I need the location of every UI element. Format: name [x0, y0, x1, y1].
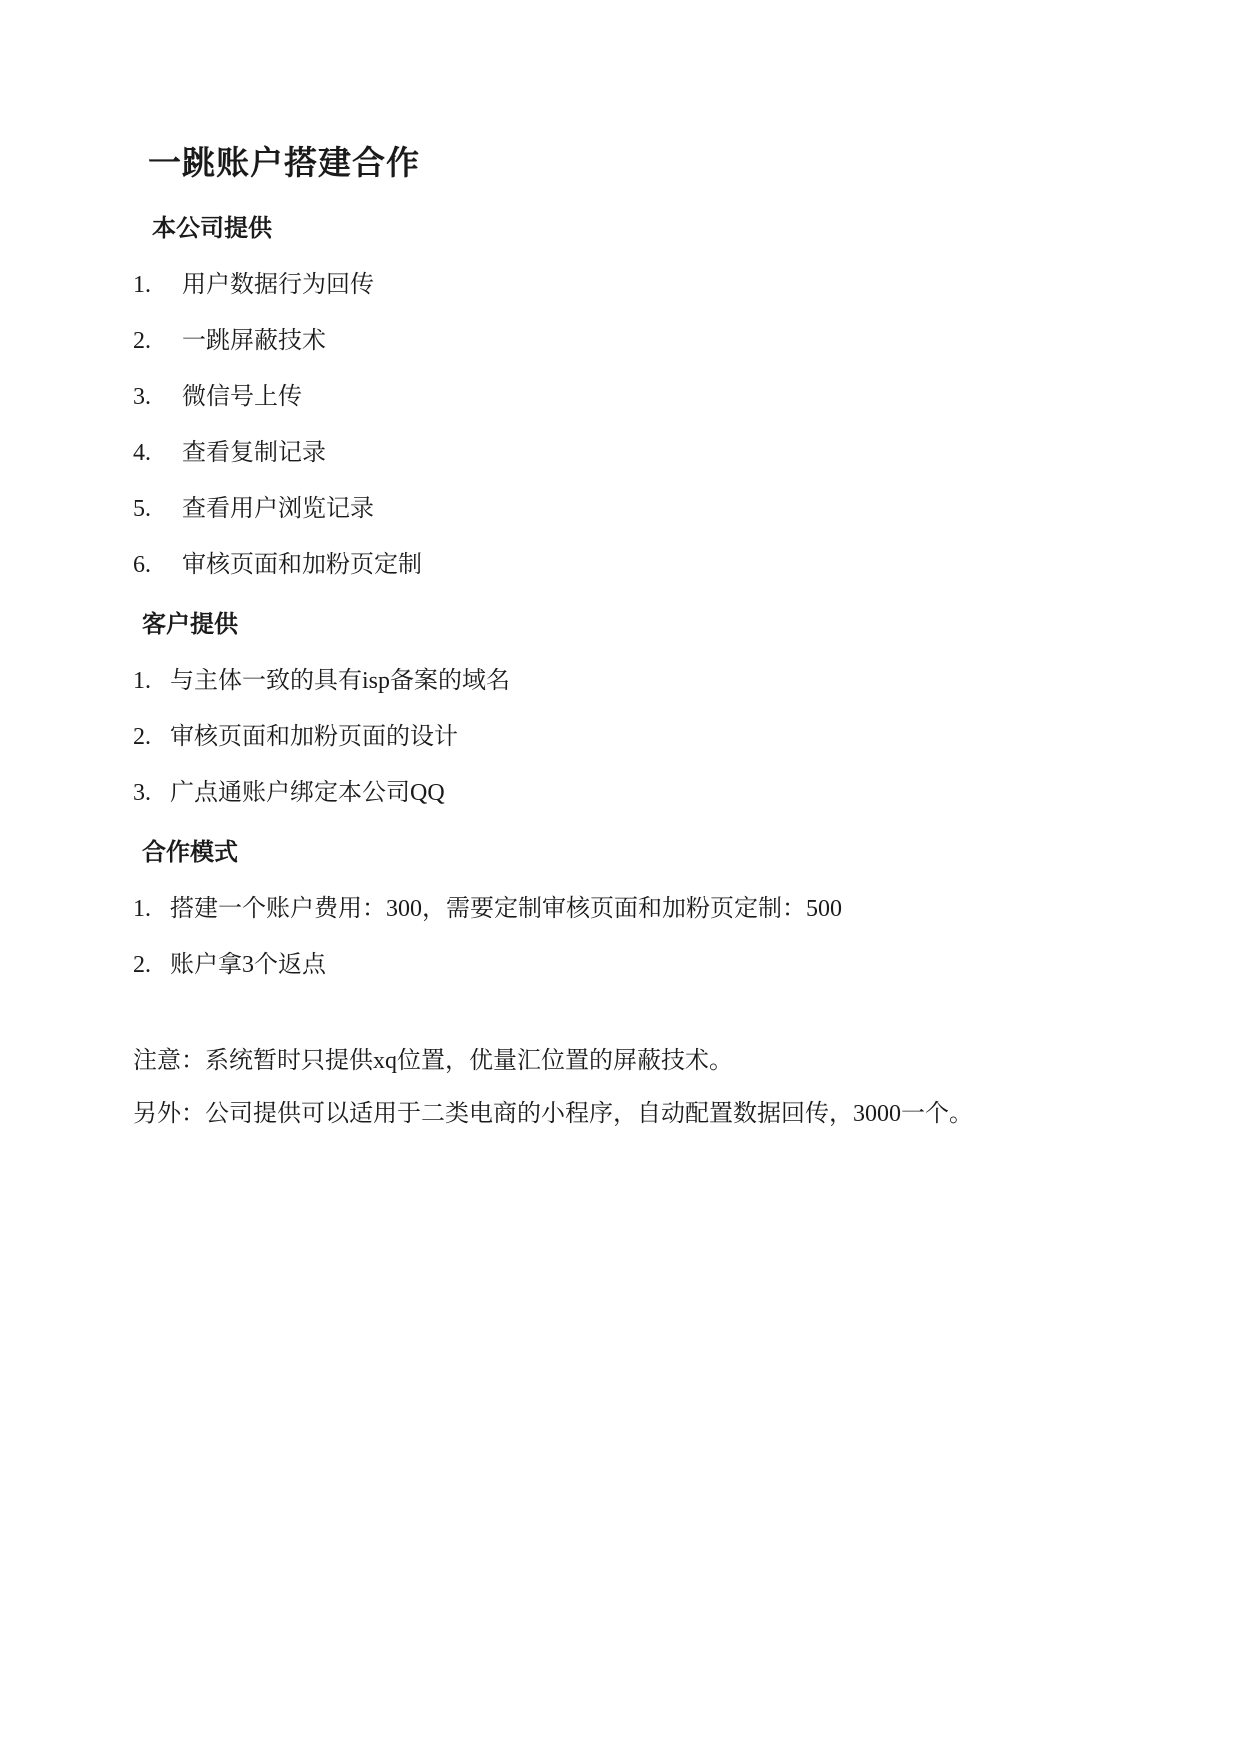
list-item-number: 2.	[133, 723, 151, 751]
list-item-number: 3.	[133, 383, 151, 411]
list-item: 4. 查看复制记录	[133, 439, 1153, 467]
list-item-text: 审核页面和加粉页面的设计	[170, 724, 458, 750]
list-item-text: 审核页面和加粉页定制	[182, 552, 422, 578]
list-item-number: 3.	[133, 779, 151, 807]
list-item: 3. 广点通账户绑定本公司QQ	[133, 779, 1153, 807]
list-item: 2. 审核页面和加粉页面的设计	[133, 723, 1153, 751]
note-additional: 另外：公司提供可以适用于二类电商的小程序，自动配置数据回传，3000一个。	[133, 1100, 1153, 1128]
section-heading-cooperation-mode: 合作模式	[142, 839, 1153, 867]
list-item-number: 1.	[133, 667, 151, 695]
list-item-text: 查看用户浏览记录	[182, 496, 374, 522]
list-item-text: 搭建一个账户费用：300，需要定制审核页面和加粉页定制：500	[170, 896, 842, 922]
list-item: 6. 审核页面和加粉页定制	[133, 551, 1153, 579]
list-item: 1. 搭建一个账户费用：300，需要定制审核页面和加粉页定制：500	[133, 895, 1153, 923]
note-attention: 注意：系统暂时只提供xq位置，优量汇位置的屏蔽技术。	[133, 1047, 1153, 1075]
section-heading-client-provides: 客户提供	[142, 611, 1153, 639]
list-item-text: 账户拿3个返点	[170, 952, 326, 978]
list-item-number: 2.	[133, 327, 151, 355]
document-title: 一跳账户搭建合作	[148, 145, 1153, 183]
list-item-text: 一跳屏蔽技术	[182, 328, 326, 354]
list-item-number: 2.	[133, 951, 151, 979]
list-item: 2. 一跳屏蔽技术	[133, 327, 1153, 355]
list-item: 3. 微信号上传	[133, 383, 1153, 411]
client-provides-list: 1. 与主体一致的具有isp备案的域名 2. 审核页面和加粉页面的设计 3. 广…	[133, 667, 1153, 807]
company-provides-list: 1. 用户数据行为回传 2. 一跳屏蔽技术 3. 微信号上传 4. 查看复制记录…	[133, 271, 1153, 579]
list-item: 2. 账户拿3个返点	[133, 951, 1153, 979]
document-body: 一跳账户搭建合作 本公司提供 1. 用户数据行为回传 2. 一跳屏蔽技术 3. …	[133, 145, 1153, 1128]
list-item: 5. 查看用户浏览记录	[133, 495, 1153, 523]
list-item-number: 6.	[133, 551, 151, 579]
list-item-number: 5.	[133, 495, 151, 523]
document-page: 一跳账户搭建合作 本公司提供 1. 用户数据行为回传 2. 一跳屏蔽技术 3. …	[0, 0, 1239, 1754]
list-item-text: 与主体一致的具有isp备案的域名	[170, 668, 510, 694]
cooperation-mode-list: 1. 搭建一个账户费用：300，需要定制审核页面和加粉页定制：500 2. 账户…	[133, 895, 1153, 979]
list-item-number: 1.	[133, 271, 151, 299]
list-item-number: 1.	[133, 895, 151, 923]
list-item-text: 微信号上传	[182, 384, 302, 410]
list-item: 1. 用户数据行为回传	[133, 271, 1153, 299]
list-item-text: 广点通账户绑定本公司QQ	[170, 780, 445, 806]
section-heading-company-provides: 本公司提供	[152, 215, 1153, 243]
list-item-text: 查看复制记录	[182, 440, 326, 466]
list-item: 1. 与主体一致的具有isp备案的域名	[133, 667, 1153, 695]
list-item-text: 用户数据行为回传	[182, 272, 374, 298]
list-item-number: 4.	[133, 439, 151, 467]
